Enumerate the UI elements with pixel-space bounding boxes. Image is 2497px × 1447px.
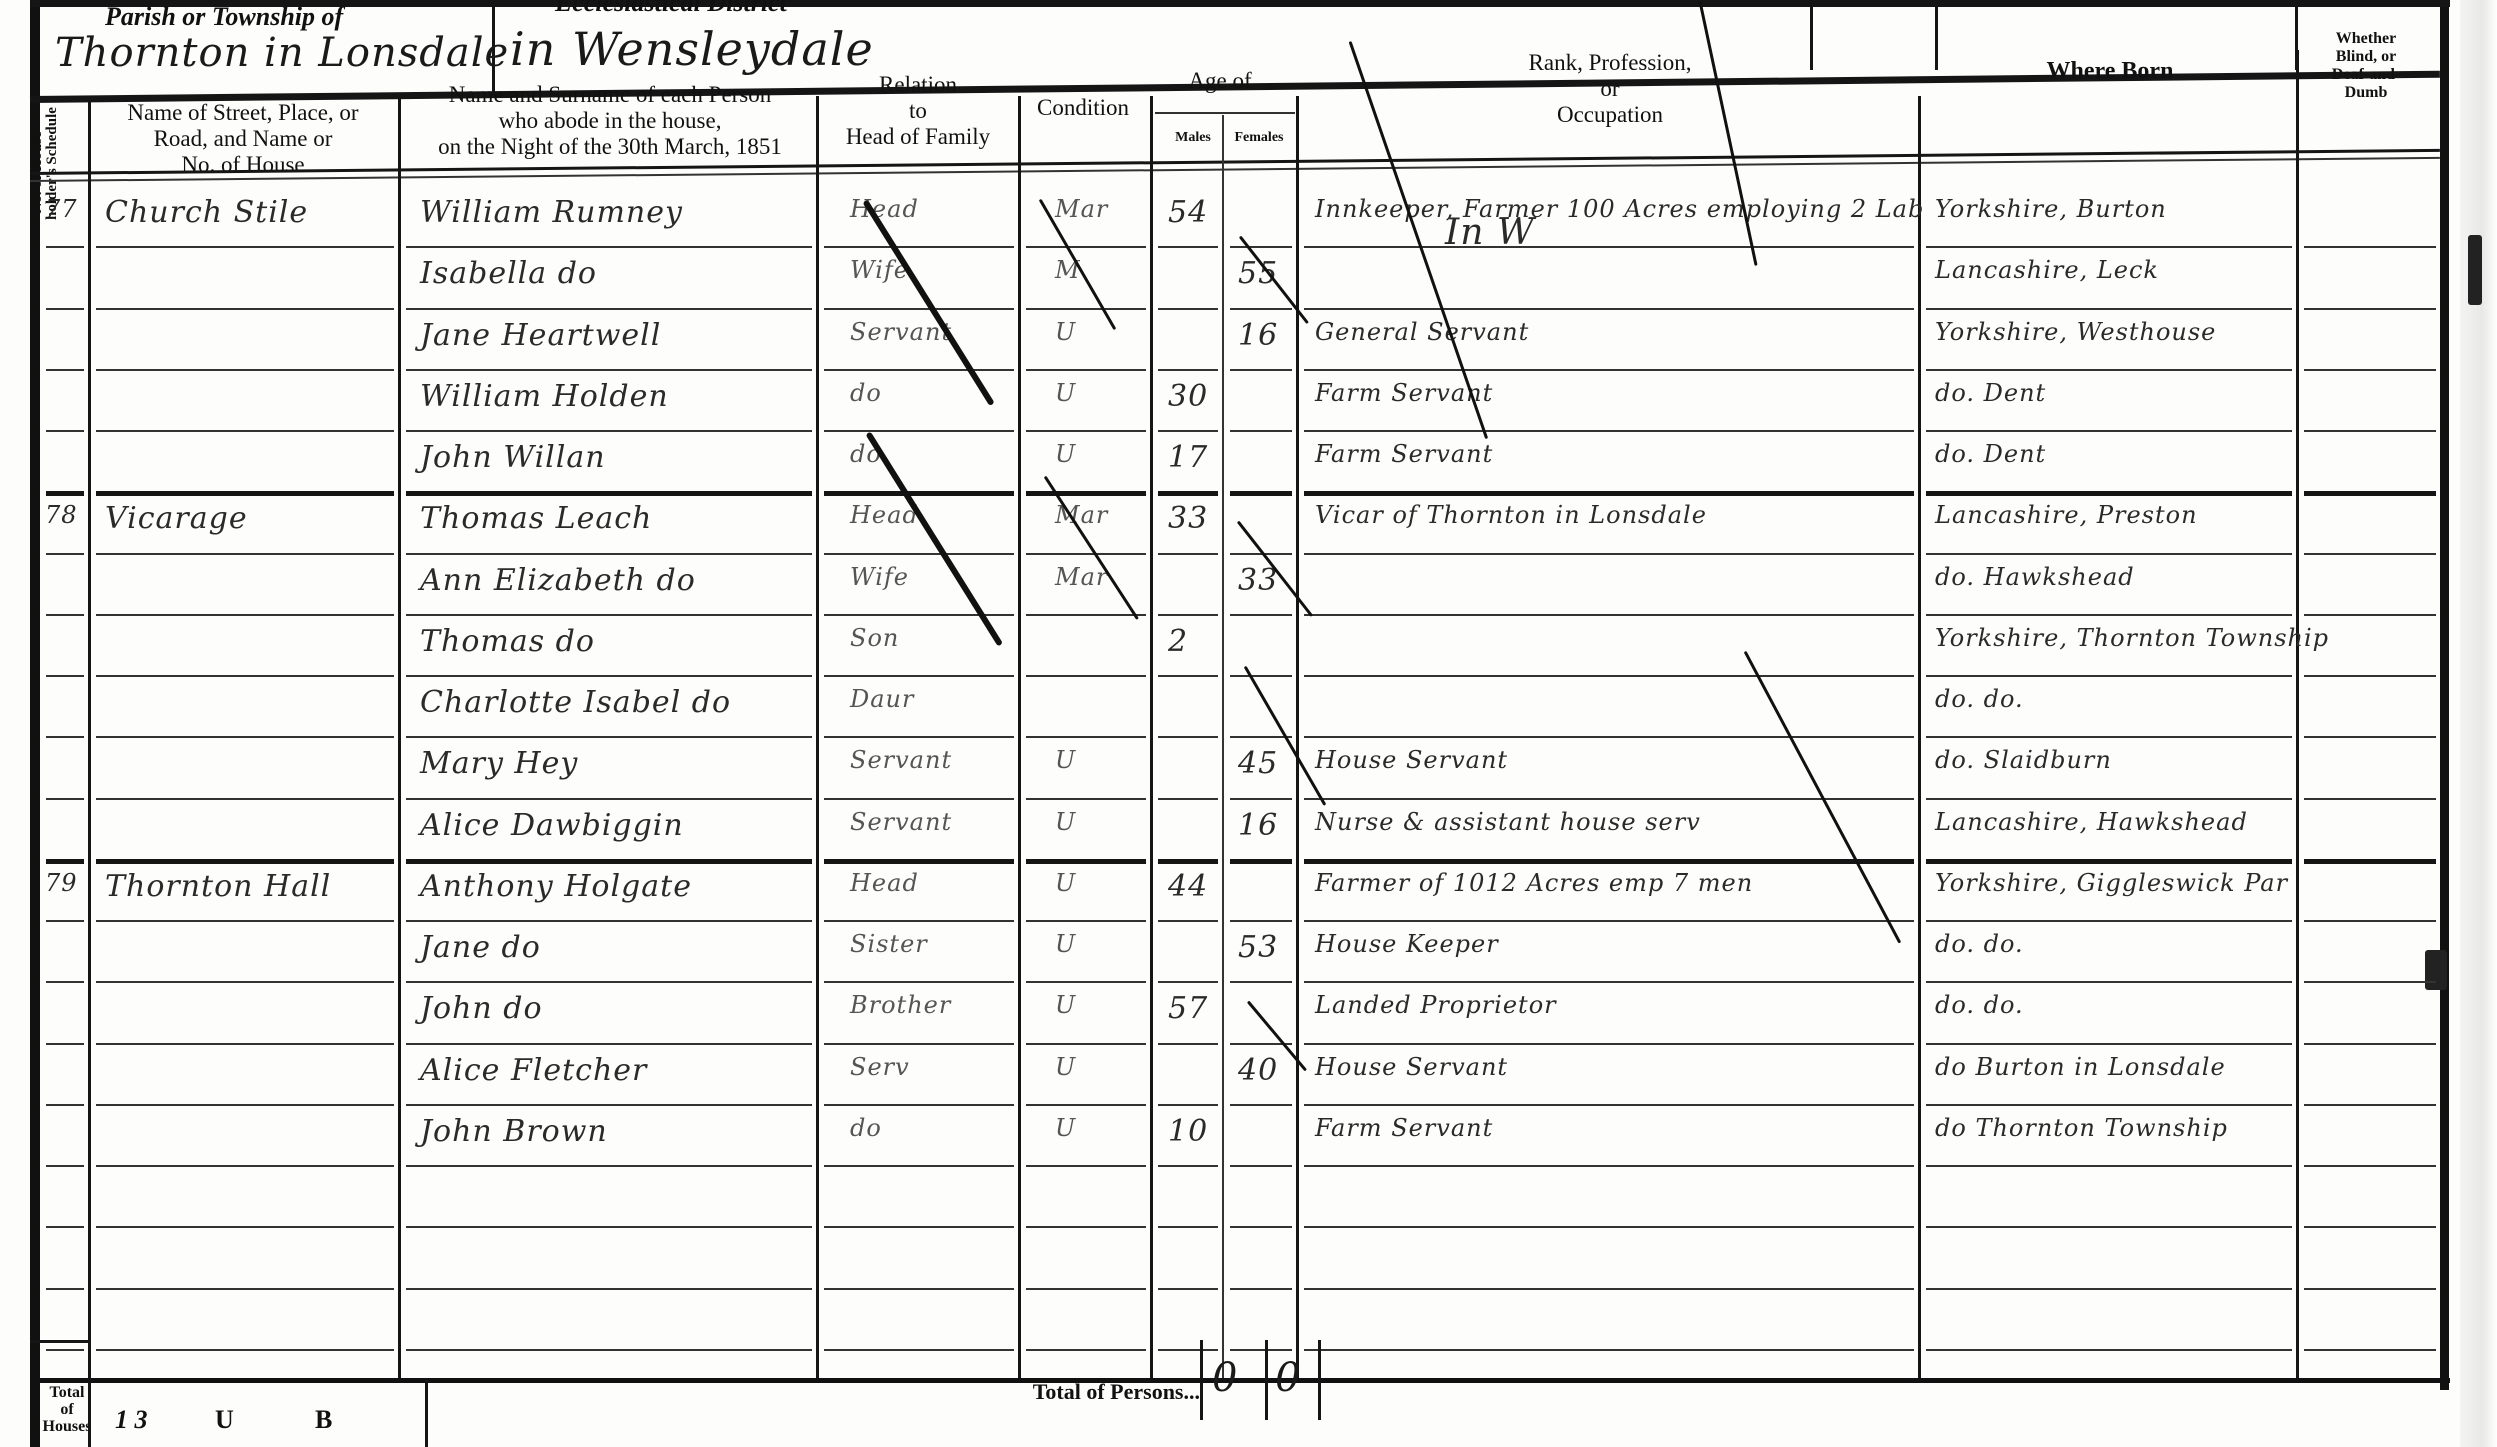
cell-occupation: House Keeper — [1315, 930, 1499, 958]
cell-name: Anthony Holgate — [420, 869, 692, 904]
cell-female-age: 16 — [1238, 318, 1278, 353]
cell-male-age: 57 — [1168, 991, 1208, 1026]
cell-female-age: 40 — [1238, 1053, 1278, 1088]
row-rule — [2304, 736, 2436, 738]
ecclesiastical-label: Ecclesiastical District — [555, 0, 787, 17]
row-rule — [46, 675, 84, 677]
row-rule — [1158, 308, 1218, 310]
row-rule — [406, 675, 812, 677]
row-rule — [1230, 1104, 1292, 1106]
row-rule — [1026, 430, 1146, 432]
row-rule — [824, 1288, 1014, 1290]
cell-condition: U — [1055, 869, 1076, 897]
cell-where-born: do. do. — [1935, 685, 2024, 713]
cell-condition: U — [1055, 440, 1076, 468]
col-header-occupation: Rank, Profession, or Occupation — [1480, 50, 1740, 127]
header-line: on the Night of the 30th March, 1851 — [400, 134, 820, 160]
row-rule — [1230, 246, 1292, 248]
cell-relation: Head — [850, 869, 919, 897]
top-rule — [30, 0, 2450, 7]
row-rule — [1304, 1165, 1914, 1167]
u-label: U — [215, 1405, 234, 1435]
row-rule — [2304, 1288, 2436, 1290]
col-header-age-of: Age of — [1150, 68, 1290, 94]
edge-mark — [2425, 950, 2447, 990]
row-rule — [96, 369, 394, 371]
col-header-condition: Condition — [1018, 95, 1148, 121]
row-rule — [2304, 859, 2436, 864]
row-rule — [1158, 553, 1218, 555]
cell-where-born: do. Hawkshead — [1935, 563, 2135, 591]
row-rule — [1926, 430, 2292, 432]
row-rule — [1230, 798, 1292, 800]
row-rule — [824, 491, 1014, 496]
col-header-name: Name and Surname of each Person who abod… — [400, 82, 820, 159]
row-rule — [1304, 614, 1914, 616]
row-rule — [46, 246, 84, 248]
row-rule — [2304, 1043, 2436, 1045]
cell-name: William Rumney — [420, 195, 683, 230]
cell-name: Thomas do — [420, 624, 595, 659]
row-rule — [1158, 246, 1218, 248]
row-rule — [1026, 859, 1146, 864]
col-header-males: Males — [1158, 130, 1228, 146]
cell-where-born: Lancashire, Hawkshead — [1935, 808, 2248, 836]
row-rule — [1026, 981, 1146, 983]
row-rule — [1230, 369, 1292, 371]
row-rule — [96, 1104, 394, 1106]
row-rule — [824, 920, 1014, 922]
row-rule — [1158, 1165, 1218, 1167]
row-rule — [96, 920, 394, 922]
cell-where-born: Lancashire, Preston — [1935, 501, 2198, 529]
row-rule — [1230, 491, 1292, 496]
row-rule — [1230, 308, 1292, 310]
row-rule — [1926, 798, 2292, 800]
cell-relation: Sister — [850, 930, 928, 958]
cell-occupation: General Servant — [1315, 318, 1529, 346]
row-rule — [46, 614, 84, 616]
row-rule — [1304, 369, 1914, 371]
row-rule — [2304, 675, 2436, 677]
row-rule — [824, 308, 1014, 310]
edge-mark — [2468, 235, 2482, 305]
cell-female-age: 53 — [1238, 930, 1278, 965]
row-rule — [1158, 369, 1218, 371]
row-rule — [2304, 981, 2436, 983]
header-line: Schedule — [44, 107, 60, 165]
row-rule — [406, 1043, 812, 1045]
row-rule — [1926, 491, 2292, 496]
cell-relation: Wife — [850, 563, 909, 591]
row-rule — [406, 859, 812, 864]
cell-relation: do — [850, 379, 882, 407]
row-rule — [406, 1165, 812, 1167]
cell-relation: do — [850, 1114, 882, 1142]
cell-condition: U — [1055, 318, 1076, 346]
cell-male-age: 44 — [1168, 869, 1208, 904]
cell-where-born: do Thornton Township — [1935, 1114, 2228, 1142]
row-rule — [2304, 491, 2436, 496]
cell-occupation: Nurse & assistant house serv — [1315, 808, 1701, 836]
annotation-line — [1699, 1, 1758, 266]
row-rule — [1158, 675, 1218, 677]
row-rule — [46, 1165, 84, 1167]
row-rule — [96, 1043, 394, 1045]
row-rule — [824, 430, 1014, 432]
parish-label: Parish or Township of — [105, 2, 343, 31]
row-rule — [1026, 1104, 1146, 1106]
row-rule — [406, 920, 812, 922]
cell-where-born: do. do. — [1935, 930, 2024, 958]
row-rule — [1026, 553, 1146, 555]
col-divider — [88, 96, 91, 1378]
b-label: B — [315, 1405, 332, 1435]
ecclesiastical-value: in Wensleydale — [510, 22, 874, 76]
row-rule — [824, 675, 1014, 677]
cell-street: Vicarage — [105, 501, 248, 536]
col-header-relation: Relation to Head of Family — [818, 72, 1018, 149]
row-rule — [46, 798, 84, 800]
row-rule — [1926, 920, 2292, 922]
cell-condition: U — [1055, 1053, 1076, 1081]
row-rule — [1926, 1165, 2292, 1167]
row-rule — [1158, 1288, 1218, 1290]
parish-value: Thornton in Lonsdale — [55, 30, 509, 76]
cell-name: Alice Dawbiggin — [420, 808, 684, 843]
row-rule — [1158, 614, 1218, 616]
header-line: or — [1480, 76, 1740, 102]
cell-male-age: 33 — [1168, 501, 1208, 536]
row-rule — [1304, 1104, 1914, 1106]
cell-male-age: 2 — [1168, 624, 1188, 659]
row-rule — [1026, 1226, 1146, 1228]
cell-where-born: Lancashire, Leck — [1935, 256, 2159, 284]
row-rule — [96, 1226, 394, 1228]
cell-name: John Willan — [420, 440, 606, 475]
row-rule — [1158, 430, 1218, 432]
cell-relation: Daur — [850, 685, 914, 713]
row-rule — [1926, 614, 2292, 616]
row-rule — [1230, 430, 1292, 432]
row-rule — [96, 1288, 394, 1290]
row-rule — [1230, 859, 1292, 864]
header-line: Head of Family — [818, 124, 1018, 150]
cell-street: Church Stile — [105, 195, 308, 230]
col-divider — [1018, 96, 1021, 1378]
row-rule — [1304, 920, 1914, 922]
row-rule — [824, 798, 1014, 800]
cell-schedule: 78 — [45, 501, 78, 529]
row-rule — [46, 920, 84, 922]
row-rule — [1230, 1288, 1292, 1290]
cell-where-born: Yorkshire, Thornton Township — [1935, 624, 2329, 652]
footer-divider — [425, 1378, 428, 1447]
row-rule — [1304, 675, 1914, 677]
cell-male-age: 54 — [1168, 195, 1208, 230]
row-rule — [824, 1226, 1014, 1228]
header-line: Occupation — [1480, 102, 1740, 128]
cell-relation: Son — [850, 624, 899, 652]
row-rule — [1304, 246, 1914, 248]
row-rule — [96, 614, 394, 616]
row-rule — [406, 1349, 812, 1351]
row-rule — [406, 736, 812, 738]
row-rule — [1026, 614, 1146, 616]
title-divider — [1810, 0, 1813, 70]
cell-where-born: do. Slaidburn — [1935, 746, 2112, 774]
row-rule — [46, 736, 84, 738]
cell-condition: U — [1055, 991, 1076, 1019]
row-rule — [1926, 553, 2292, 555]
cell-relation: Head — [850, 501, 919, 529]
row-rule — [1230, 736, 1292, 738]
row-rule — [824, 736, 1014, 738]
row-rule — [2304, 553, 2436, 555]
footer-divider — [88, 1378, 91, 1447]
header-line: Relation — [818, 72, 1018, 98]
row-rule — [824, 1349, 1014, 1351]
cell-occupation: Farm Servant — [1315, 440, 1493, 468]
row-rule — [1230, 1165, 1292, 1167]
row-rule — [406, 491, 812, 496]
row-rule — [46, 553, 84, 555]
row-rule — [1026, 1043, 1146, 1045]
census-page: Parish or Township of Thornton in Lonsda… — [0, 0, 2497, 1447]
row-rule — [824, 1043, 1014, 1045]
row-rule — [1304, 1349, 1914, 1351]
cell-relation: Head — [850, 195, 919, 223]
cell-occupation: Landed Proprietor — [1315, 991, 1557, 1019]
cell-male-age: 30 — [1168, 379, 1208, 414]
row-rule — [406, 1104, 812, 1106]
age-divider — [1155, 112, 1295, 114]
row-rule — [1230, 981, 1292, 983]
females-total: 0 — [1275, 1355, 1301, 1401]
row-rule — [406, 1226, 812, 1228]
row-rule — [96, 798, 394, 800]
col-header-where-born: Where Born — [1920, 58, 2300, 85]
row-rule — [1304, 859, 1914, 864]
cell-street: Thornton Hall — [105, 869, 331, 904]
col-header-street: Name of Street, Place, or Road, and Name… — [88, 100, 398, 177]
row-rule — [1026, 920, 1146, 922]
row-rule — [1926, 1043, 2292, 1045]
row-rule — [1026, 308, 1146, 310]
row-rule — [96, 246, 394, 248]
row-rule — [406, 553, 812, 555]
row-rule — [406, 981, 812, 983]
row-rule — [1026, 246, 1146, 248]
cell-where-born: Yorkshire, Giggleswick Par — [1935, 869, 2288, 897]
col-header-blind: Whether Blind, or Deaf-and- Dumb — [2296, 30, 2436, 102]
row-rule — [46, 491, 84, 496]
row-rule — [1926, 736, 2292, 738]
row-rule — [824, 246, 1014, 248]
row-rule — [1026, 1165, 1146, 1167]
row-rule — [96, 430, 394, 432]
row-rule — [406, 430, 812, 432]
row-rule — [46, 369, 84, 371]
footer-rule — [30, 1340, 90, 1343]
row-rule — [46, 859, 84, 864]
page-edge — [2460, 0, 2497, 1447]
cell-condition: U — [1055, 808, 1076, 836]
margin-note: In W — [1445, 212, 1535, 253]
cell-occupation: Farm Servant — [1315, 1114, 1493, 1142]
cell-occupation: House Servant — [1315, 746, 1508, 774]
cell-condition: U — [1055, 746, 1076, 774]
cell-relation: Servant — [850, 746, 952, 774]
col-divider — [2296, 50, 2299, 1378]
row-rule — [1026, 675, 1146, 677]
row-rule — [406, 246, 812, 248]
row-rule — [1230, 920, 1292, 922]
row-rule — [1304, 308, 1914, 310]
cell-occupation: House Servant — [1315, 1053, 1508, 1081]
row-rule — [406, 798, 812, 800]
row-rule — [1230, 675, 1292, 677]
row-rule — [1230, 1349, 1292, 1351]
cell-relation: Servant — [850, 808, 952, 836]
row-rule — [1158, 1043, 1218, 1045]
col-divider — [1222, 115, 1224, 1378]
cell-name: Isabella do — [420, 256, 597, 291]
frame-right-border — [2440, 0, 2449, 1390]
col-divider — [1150, 96, 1153, 1378]
header-line: who abode in the house, — [400, 108, 820, 134]
row-rule — [2304, 1165, 2436, 1167]
cell-schedule: 77 — [45, 195, 78, 223]
row-rule — [1304, 1226, 1914, 1228]
row-rule — [2304, 614, 2436, 616]
row-rule — [2304, 1226, 2436, 1228]
row-rule — [1158, 1226, 1218, 1228]
cell-condition: U — [1055, 1114, 1076, 1142]
row-rule — [1926, 369, 2292, 371]
cell-male-age: 10 — [1168, 1114, 1208, 1149]
header-line: Dumb — [2296, 84, 2436, 102]
row-rule — [46, 430, 84, 432]
cell-name: Ann Elizabeth do — [420, 563, 696, 598]
row-rule — [96, 1349, 394, 1351]
header-line: Road, and Name or — [88, 126, 398, 152]
header-line: to — [818, 98, 1018, 124]
males-total: 0 — [1212, 1355, 1238, 1401]
row-rule — [1230, 1226, 1292, 1228]
cell-where-born: do. do. — [1935, 991, 2024, 1019]
col-header-females: Females — [1225, 130, 1293, 146]
row-rule — [1304, 981, 1914, 983]
row-rule — [824, 981, 1014, 983]
cell-name: Alice Fletcher — [420, 1053, 647, 1088]
row-rule — [824, 553, 1014, 555]
col-divider — [1918, 96, 1921, 1378]
row-rule — [2304, 798, 2436, 800]
row-rule — [1304, 553, 1914, 555]
cell-schedule: 79 — [45, 869, 78, 897]
row-rule — [1026, 1288, 1146, 1290]
frame-bottom-border — [30, 1378, 2450, 1383]
cell-name: Jane do — [420, 930, 541, 965]
row-rule — [1230, 614, 1292, 616]
cell-female-age: 45 — [1238, 746, 1278, 781]
row-rule — [96, 675, 394, 677]
header-line: Whether — [2296, 30, 2436, 48]
row-rule — [1926, 981, 2292, 983]
row-rule — [2304, 920, 2436, 922]
row-rule — [46, 1104, 84, 1106]
row-rule — [406, 614, 812, 616]
cell-condition: U — [1055, 379, 1076, 407]
row-rule — [2304, 369, 2436, 371]
cell-condition: Mar — [1055, 195, 1108, 223]
cell-occupation: Farmer of 1012 Acres emp 7 men — [1315, 869, 1753, 897]
total-persons-label: Total of Persons... — [960, 1380, 1200, 1405]
tally-stroke — [862, 199, 994, 406]
cell-condition: U — [1055, 930, 1076, 958]
row-rule — [46, 1043, 84, 1045]
footer-divider — [1265, 1340, 1268, 1420]
row-rule — [1926, 675, 2292, 677]
cell-male-age: 17 — [1168, 440, 1208, 475]
row-rule — [96, 981, 394, 983]
row-rule — [1926, 1288, 2292, 1290]
row-rule — [1026, 1349, 1146, 1351]
row-rule — [2304, 1349, 2436, 1351]
row-rule — [1158, 920, 1218, 922]
row-rule — [46, 1226, 84, 1228]
col-divider — [816, 96, 819, 1378]
cell-where-born: do. Dent — [1935, 379, 2046, 407]
row-rule — [2304, 1104, 2436, 1106]
row-rule — [2304, 246, 2436, 248]
row-rule — [1304, 430, 1914, 432]
total-houses-label: Total of Houses — [42, 1385, 92, 1435]
row-rule — [406, 1288, 812, 1290]
row-rule — [1926, 1104, 2292, 1106]
cell-where-born: do Burton in Lonsdale — [1935, 1053, 2226, 1081]
tally-stroke — [1044, 476, 1139, 620]
houses-total: 1 3 — [115, 1405, 148, 1435]
row-rule — [1026, 798, 1146, 800]
row-rule — [1304, 1043, 1914, 1045]
row-rule — [824, 1104, 1014, 1106]
row-rule — [1926, 308, 2292, 310]
row-rule — [96, 1165, 394, 1167]
row-rule — [96, 308, 394, 310]
cell-where-born: Yorkshire, Westhouse — [1935, 318, 2216, 346]
col-divider — [1296, 96, 1299, 1378]
row-rule — [46, 1288, 84, 1290]
col-divider — [398, 96, 401, 1378]
header-line: Name and Surname of each Person — [400, 82, 820, 108]
row-rule — [46, 308, 84, 310]
row-rule — [1304, 736, 1914, 738]
cell-name: Mary Hey — [420, 746, 578, 781]
row-rule — [406, 369, 812, 371]
header-line: House- — [29, 126, 45, 171]
cell-relation: Brother — [850, 991, 951, 1019]
row-rule — [406, 308, 812, 310]
row-rule — [96, 491, 394, 496]
row-rule — [824, 859, 1014, 864]
row-rule — [96, 736, 394, 738]
row-rule — [1304, 1288, 1914, 1290]
row-rule — [1158, 1104, 1218, 1106]
row-rule — [824, 369, 1014, 371]
footer-divider — [1200, 1340, 1203, 1420]
